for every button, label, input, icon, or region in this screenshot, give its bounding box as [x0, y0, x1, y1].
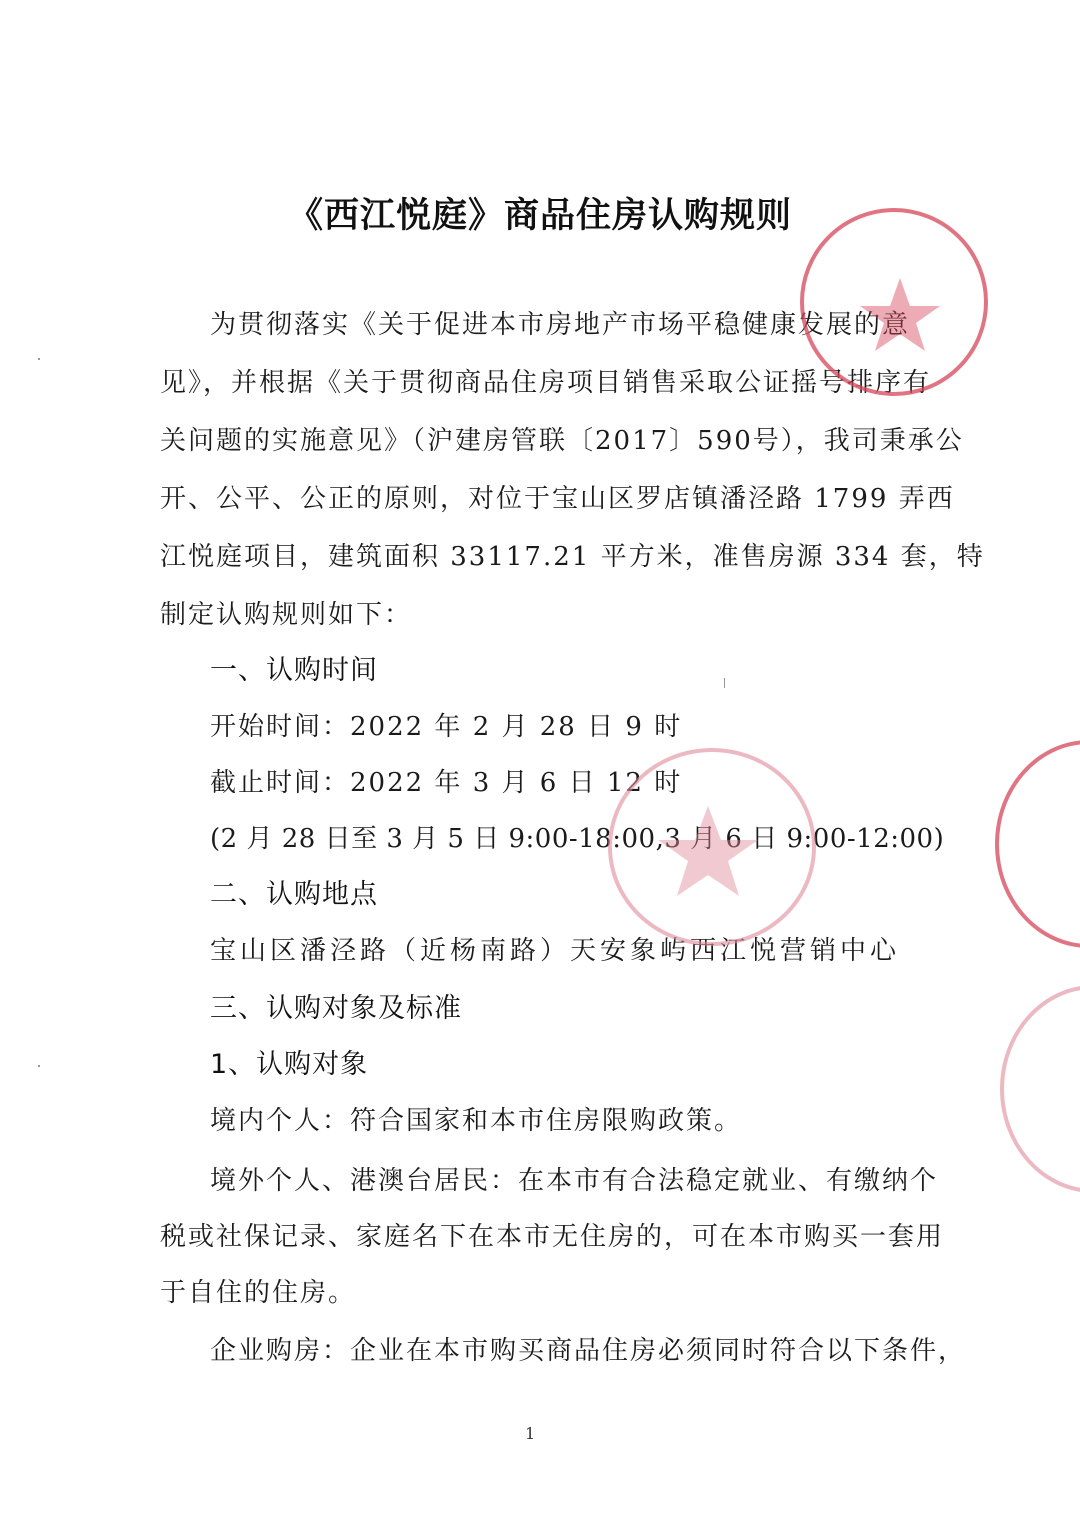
enterprise-text: 企业在本市购买商品住房必须同时符合以下条件， [350, 1336, 966, 1366]
intro-line-3: 关问题的实施意见》（沪建房管联〔2017〕590号），我司秉承公 [160, 420, 964, 457]
domestic-label: 境内个人： [210, 1106, 350, 1136]
section-2-heading: 二、认购地点 [210, 872, 378, 911]
subsection-1-heading: 1、认购对象 [210, 1042, 368, 1081]
foreign-text-1: 在本市有合法稳定就业、有缴纳个 [518, 1166, 938, 1196]
section-1-heading: 一、认购时间 [210, 648, 378, 687]
foreign-individuals: 境外个人、港澳台居民：在本市有合法稳定就业、有缴纳个 [210, 1160, 938, 1197]
intro-line-4: 开、公平、公正的原则，对位于宝山区罗店镇潘泾路 1799 弄西 [160, 478, 955, 515]
opening-hours: (2 月 28 日至 3 月 5 日 9:00-18:00,3 月 6 日 9:… [210, 818, 944, 855]
page-number: 1 [525, 1424, 535, 1443]
document-page: 《西江悦庭》商品住房认购规则 为贯彻落实《关于促进本市房地产市场平稳健康发展的意… [0, 0, 1080, 1527]
scan-speck [724, 678, 725, 688]
edge-seal-top [995, 740, 1080, 948]
foreign-text-2: 税或社保记录、家庭名下在本市无住房的，可在本市购买一套用 [160, 1216, 944, 1253]
developer-seal-center [608, 748, 816, 946]
scan-speck [38, 358, 40, 360]
foreign-label: 境外个人、港澳台居民： [210, 1166, 518, 1196]
start-time: 开始时间：2022 年 2 月 28 日 9 时 [210, 706, 682, 743]
foreign-text-3: 于自住的住房。 [160, 1272, 356, 1309]
enterprise-purchase: 企业购房：企业在本市购买商品住房必须同时符合以下条件， [210, 1330, 966, 1367]
star-icon [608, 748, 808, 938]
edge-seal-bottom [1000, 985, 1080, 1193]
domestic-individuals: 境内个人：符合国家和本市住房限购政策。 [210, 1100, 742, 1137]
star-icon [800, 208, 980, 388]
housing-authority-seal [800, 208, 988, 396]
section-3-heading: 三、认购对象及标准 [210, 986, 462, 1025]
domestic-text: 符合国家和本市住房限购政策。 [350, 1106, 742, 1136]
scan-speck [38, 1065, 40, 1067]
intro-line-5: 江悦庭项目，建筑面积 33117.21 平方米，准售房源 334 套，特 [160, 536, 985, 573]
intro-line-6: 制定认购规则如下： [160, 594, 412, 631]
enterprise-label: 企业购房： [210, 1336, 350, 1366]
